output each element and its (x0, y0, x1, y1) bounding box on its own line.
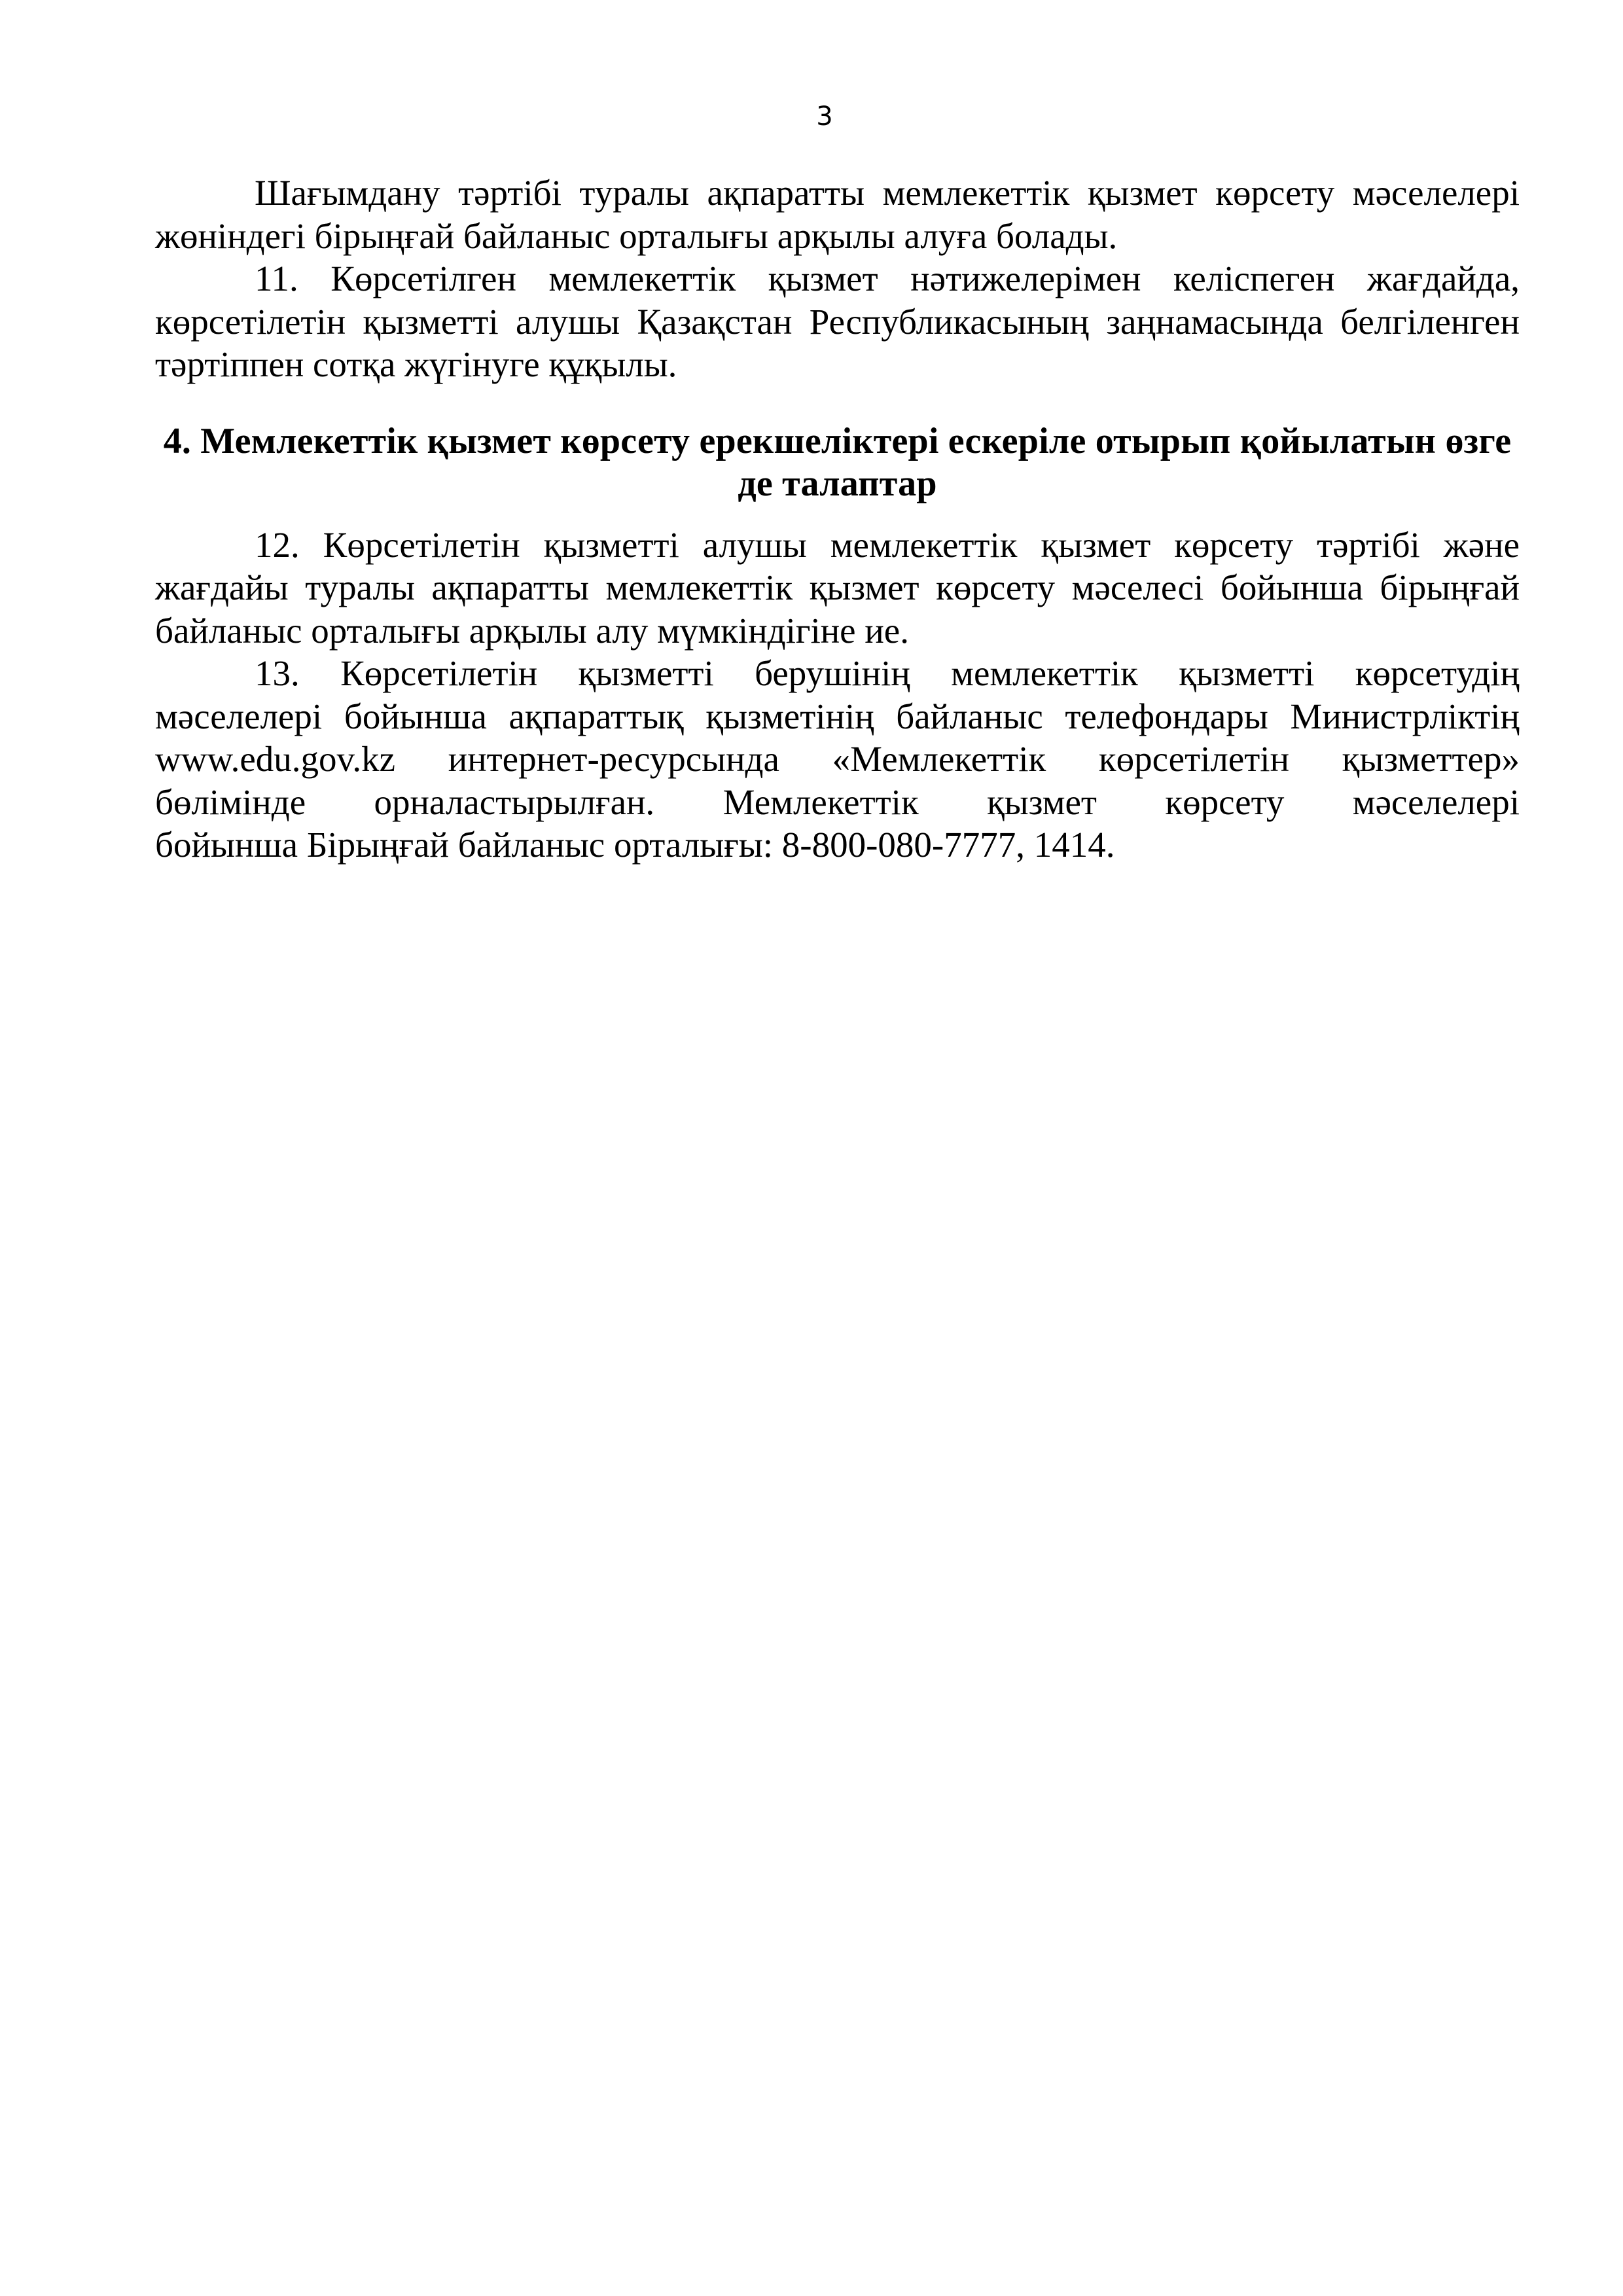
text-line: жөніндегі бірыңғай байланыс орталығы арқ… (155, 215, 1520, 258)
document-body: Шағымдану тәртібі туралы ақпаратты мемле… (155, 171, 1520, 867)
page-number: 3 (13, 97, 1623, 136)
text-line: 13. Көрсетілетін қызметті берушінің мемл… (155, 652, 1520, 695)
text-line: мәселелері бойынша ақпараттық қызметінің… (155, 695, 1520, 738)
heading-line: 4. Мемлекеттік қызмет көрсету ерекшелікт… (155, 420, 1520, 463)
text-line: 11. Көрсетілген мемлекеттік қызмет нәтиж… (155, 257, 1520, 300)
text-line: 12. Көрсетілетін қызметті алушы мемлекет… (155, 524, 1520, 567)
text-line: тәртіппен сотқа жүгінуге құқылы. (155, 343, 1520, 386)
text-line: бойынша Бірыңғай байланыс орталығы: 8-80… (155, 823, 1520, 867)
section-4-heading: 4. Мемлекеттік қызмет көрсету ерекшелікт… (155, 420, 1520, 506)
paragraph-13: 13. Көрсетілетін қызметті берушінің мемл… (155, 652, 1520, 867)
text-line: байланыс орталығы арқылы алу мүмкіндігін… (155, 609, 1520, 653)
heading-line: де талаптар (155, 463, 1520, 506)
text-line: жағдайы туралы ақпаратты мемлекеттік қыз… (155, 566, 1520, 609)
text-line: көрсетілетін қызметті алушы Қазақстан Ре… (155, 300, 1520, 344)
text-line: www.edu.gov.kz интернет-ресурсында «Мемл… (155, 738, 1520, 781)
paragraph-12: 12. Көрсетілетін қызметті алушы мемлекет… (155, 524, 1520, 653)
text-line: Шағымдану тәртібі туралы ақпаратты мемле… (155, 171, 1520, 215)
paragraph-10-continuation: Шағымдану тәртібі туралы ақпаратты мемле… (155, 171, 1520, 257)
text-line: бөлімінде орналастырылған. Мемлекеттік қ… (155, 781, 1520, 824)
paragraph-11: 11. Көрсетілген мемлекеттік қызмет нәтиж… (155, 257, 1520, 386)
